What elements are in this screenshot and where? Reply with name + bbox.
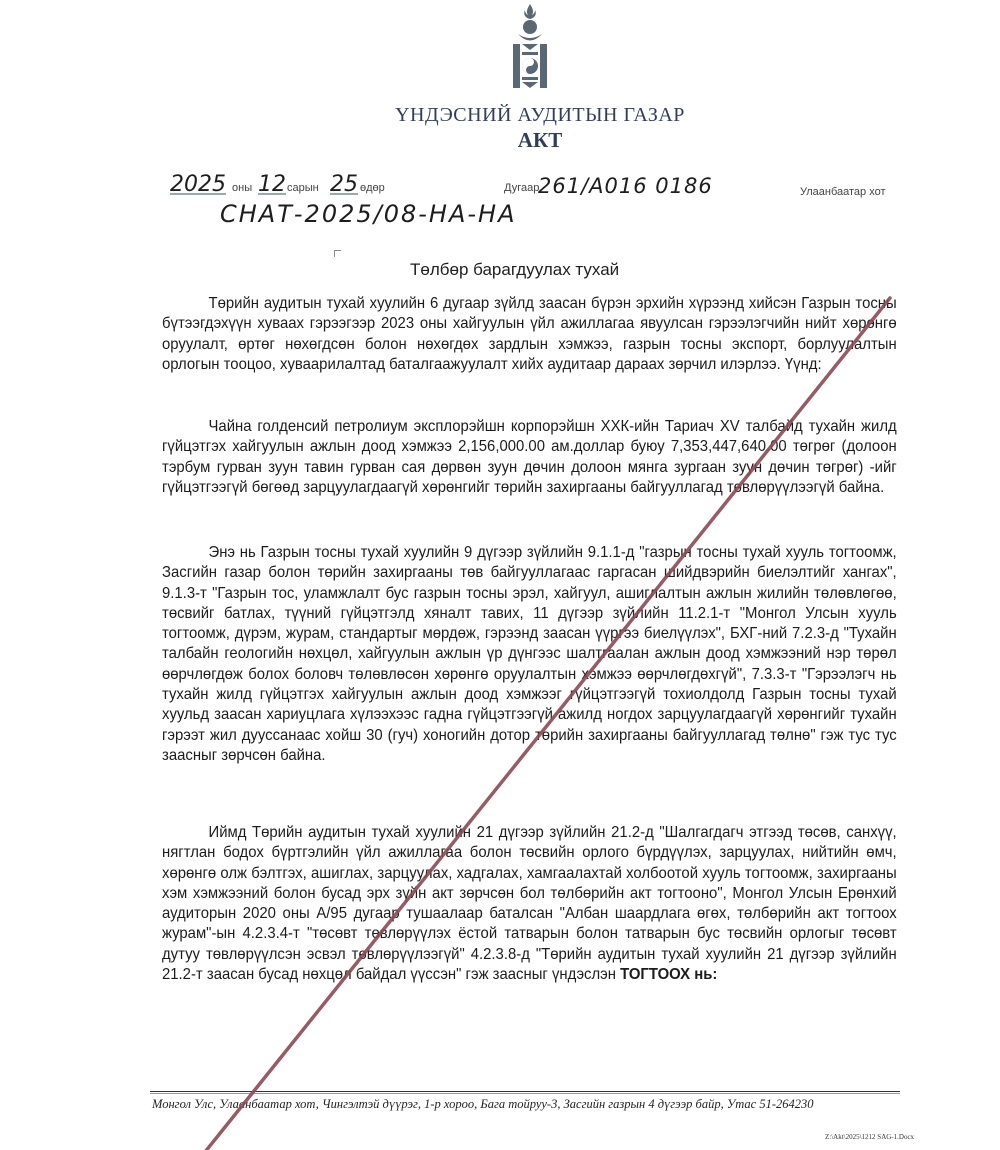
date-month: 12 (258, 172, 286, 197)
paragraph-text: Төрийн аудитын тухай хуулийн 6 дугаар зү… (162, 294, 897, 375)
resolution-heading: ТОГТООХ нь: (620, 966, 717, 983)
document-type: АКТ (0, 128, 1000, 153)
document-meta: 2025 оны 12 сарын 25 өдөр Дугаар 261/А01… (170, 172, 930, 202)
paragraph-2: Чайна голденсий петролиум эксплорэйшн ко… (162, 417, 897, 498)
corner-mark (334, 250, 341, 257)
paragraph-text: Энэ нь Газрын тосны тухай хуулийн 9 дүгэ… (162, 543, 897, 766)
month-label: сарын (287, 182, 319, 194)
document-number: 261/А016 0186 (538, 174, 713, 198)
document-number-secondary: СНАТ-2025/08-НА-НА (220, 200, 517, 228)
year-label: оны (232, 182, 252, 194)
file-path: Z:\Akt\2025\1212 SAG-1.Docx (825, 1133, 914, 1141)
date-day: 25 (330, 172, 358, 197)
paragraph-1: Төрийн аудитын тухай хуулийн 6 дугаар зү… (162, 294, 897, 375)
day-label: өдөр (360, 182, 385, 194)
number-label: Дугаар (504, 182, 539, 194)
footer-divider-thin (150, 1093, 900, 1094)
organization-name: ҮНДЭСНИЙ АУДИТЫН ГАЗАР (0, 104, 1000, 127)
footer-address: Монгол Улс, Улаанбаатар хот, Чингэлтэй д… (152, 1097, 897, 1111)
paragraph-text: Иймд Төрийн аудитын тухай хуулийн 21 дүг… (162, 824, 897, 983)
date-year: 2025 (170, 172, 226, 197)
paragraph-4: Иймд Төрийн аудитын тухай хуулийн 21 дүг… (162, 823, 897, 985)
paragraph-3: Энэ нь Газрын тосны тухай хуулийн 9 дүгэ… (162, 543, 897, 766)
paragraph-text: Чайна голденсий петролиум эксплорэйшн ко… (162, 417, 897, 498)
soyombo-emblem-icon (500, 2, 560, 98)
document-subject: Төлбөр барагдуулах тухай (410, 260, 619, 280)
footer-divider (150, 1091, 900, 1092)
city: Улаанбаатар хот (800, 186, 886, 198)
